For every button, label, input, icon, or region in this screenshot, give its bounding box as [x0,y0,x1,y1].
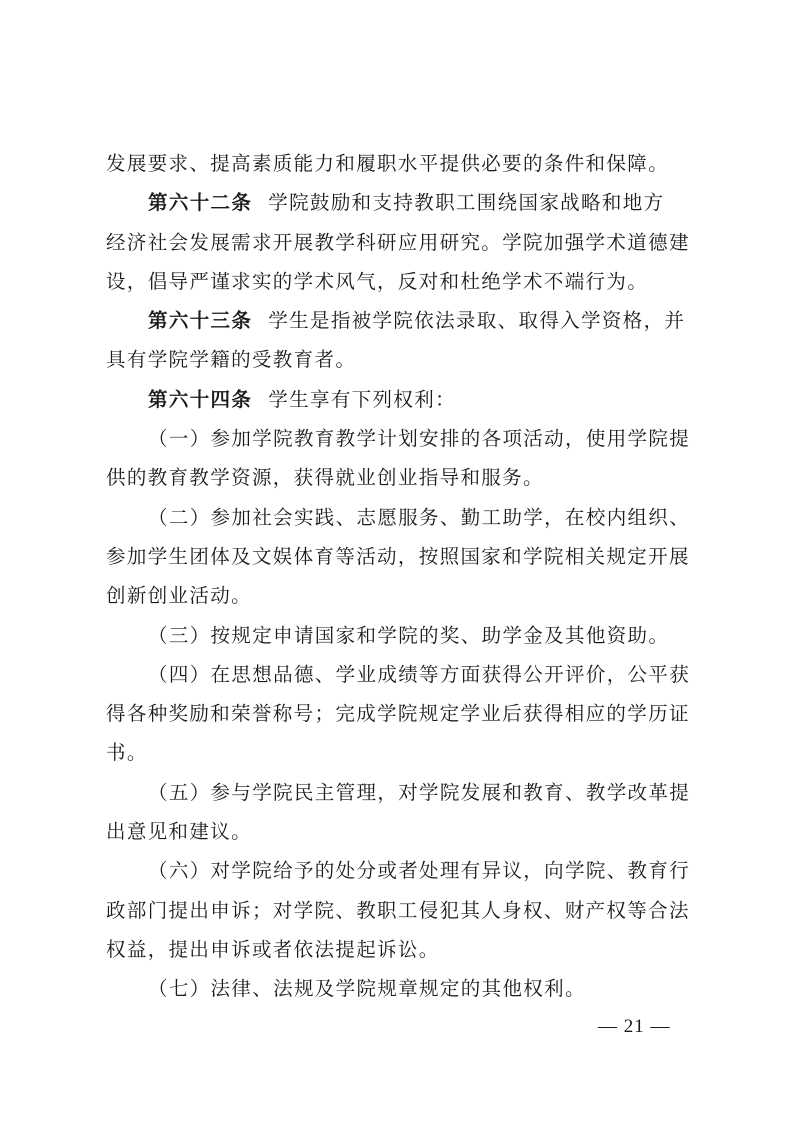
right-item-6-line: 政部门提出申诉；对学院、教职工侵犯其人身权、财产权等合法 [106,891,692,930]
article-62-heading: 第六十二条 [148,191,252,214]
right-item-5-line: （五）参与学院民主管理，对学院发展和教育、教学改革提 [106,773,692,812]
article-63-line: 具有学院学籍的受教育者。 [106,340,692,379]
article-62-text: 学院鼓励和支持教职工围绕国家战略和地方 [268,191,664,214]
right-item-2-line: （二）参加社会实践、志愿服务、勤工助学，在校内组织、 [106,498,692,537]
right-item-5-line: 出意见和建议。 [106,812,692,851]
right-item-4-line: （四）在思想品德、学业成绩等方面获得公开评价，公平获 [106,655,692,694]
document-body: 发展要求、提高素质能力和履职水平提供必要的条件和保障。 第六十二条学院鼓励和支持… [106,144,692,1009]
right-item-4-line: 书。 [106,733,692,772]
article-63-heading: 第六十三条 [148,309,252,332]
article-64-text: 学生享有下列权利： [268,388,456,411]
article-63-line: 第六十三条学生是指被学院依法录取、取得入学资格，并 [106,301,692,340]
right-item-7-line: （七）法律、法规及学院规章规定的其他权利。 [106,969,692,1008]
right-item-1-line: 供的教育教学资源，获得就业创业指导和服务。 [106,458,692,497]
right-item-1-line: （一）参加学院教育教学计划安排的各项活动，使用学院提 [106,419,692,458]
article-62-line: 设，倡导严谨求实的学术风气，反对和杜绝学术不端行为。 [106,262,692,301]
article-62-line: 经济社会发展需求开展教学科研应用研究。学院加强学术道德建 [106,223,692,262]
article-63-text: 学生是指被学院依法录取、取得入学资格，并 [268,309,685,332]
right-item-2-line: 参加学生团体及文娱体育等活动，按照国家和学院相关规定开展 [106,537,692,576]
paragraph-continuation-line: 发展要求、提高素质能力和履职水平提供必要的条件和保障。 [106,144,692,183]
right-item-6-line: （六）对学院给予的处分或者处理有异议，向学院、教育行 [106,851,692,890]
right-item-3-line: （三）按规定申请国家和学院的奖、助学金及其他资助。 [106,616,692,655]
article-64-line: 第六十四条学生享有下列权利： [106,380,692,419]
right-item-4-line: 得各种奖励和荣誉称号；完成学院规定学业后获得相应的学历证 [106,694,692,733]
page-number: — 21 — [598,1012,671,1042]
right-item-2-line: 创新创业活动。 [106,576,692,615]
right-item-6-line: 权益，提出申诉或者依法提起诉讼。 [106,930,692,969]
article-64-heading: 第六十四条 [148,388,252,411]
article-62-line: 第六十二条学院鼓励和支持教职工围绕国家战略和地方 [106,183,692,222]
